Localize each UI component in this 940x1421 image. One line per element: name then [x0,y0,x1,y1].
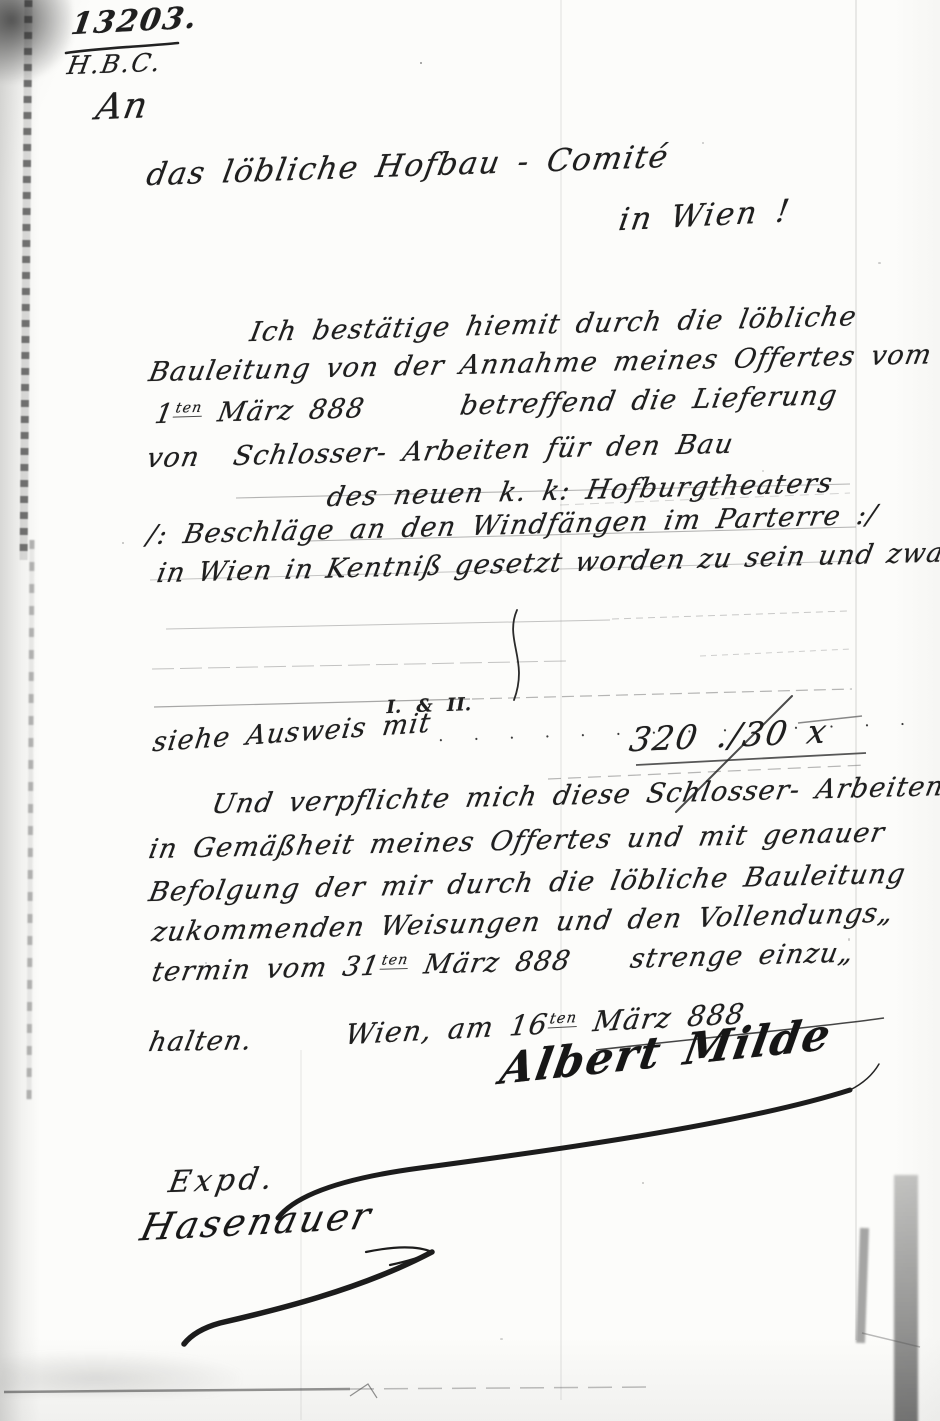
scan-speck [702,142,704,144]
salutation-line: An [93,86,152,128]
scan-speck [878,262,881,264]
bottom-edge-tick [350,1384,377,1398]
ruled-line-2b [700,649,852,656]
fold-line-center [560,0,562,1400]
body-line: in Gemäßheit meines Offertes und mit gen… [146,818,887,865]
bottom-edge-line [4,1389,350,1392]
recipient-line: das löbliche Hofbau - Comité [144,140,672,193]
left-edge-fold-line-lower [27,540,35,1100]
recipient-city-line: in Wien ! [617,194,794,237]
body-line: Ich bestätige hiemit durch die löbliche [247,302,859,348]
body-line-right: betreffend die Lieferung [458,380,841,422]
expedit-label: Expd. [166,1162,279,1199]
deadline-month: März 888 [421,945,573,980]
deadline-ordinal: ten [379,952,411,970]
body-line: halten. [146,1026,255,1058]
signature-hasenauer: Hasenauer [136,1196,377,1249]
scan-speck [420,62,422,64]
left-edge-shadow [0,0,40,1421]
brace-curve [513,610,519,700]
scan-speck [122,542,124,544]
scanned-letter-page: 13203. H.B.C. An das löbliche Hofbau - C… [0,0,940,1421]
scan-speck [500,1338,503,1340]
right-bottom-edge-band [894,1175,918,1421]
hasenauer-sweep-flourish [184,1252,432,1344]
ruled-line-1 [166,620,610,629]
spacer [198,465,232,466]
body-line: vonSchlosser- Arbeiten für den Bau [144,430,736,474]
ruled-line-2 [152,661,566,669]
body-line: termin vom 31ten März 888strenge einzu„ [150,938,857,987]
date-ordinal: ten [547,1009,579,1029]
deadline-pre: termin vom 31 [149,951,382,989]
offer-month: März 888 [215,393,367,428]
top-left-corner-blob [0,0,72,90]
bottom-left-smudge [0,1352,240,1396]
hasenauer-arrow-flourish [366,1248,432,1266]
signature-flourish-tail [850,1064,879,1090]
body-line-pre: von [144,442,202,474]
fold-line-right [855,0,857,1340]
corner-cut-line [862,1333,920,1347]
registry-code: H.B.C. [65,49,164,80]
ruled-line-1b [612,611,848,619]
body-line: 1ten März 888betreffend die Lieferung [153,381,841,430]
body-line: Und verpflichte mich diese Schlosser- Ar… [209,772,940,820]
spacer [363,415,459,418]
underlined-phrase: Schlosser- Arbeiten für den Bau [231,429,737,472]
total-amount: 320 ./30 x [627,713,831,758]
spacer [569,968,629,970]
body-line-right: strenge einzu„ [628,937,857,974]
registry-number: 13203. [69,1,201,41]
scan-speck [642,1182,644,1184]
left-edge-fold-line [20,0,33,560]
bottom-edge-line-right [350,1387,655,1389]
right-bottom-edge-jag [856,1228,869,1343]
ruled-line-3b [472,689,852,699]
total-label: siehe Ausweis mit [151,709,433,759]
offer-day-ordinal: ten [173,400,205,418]
